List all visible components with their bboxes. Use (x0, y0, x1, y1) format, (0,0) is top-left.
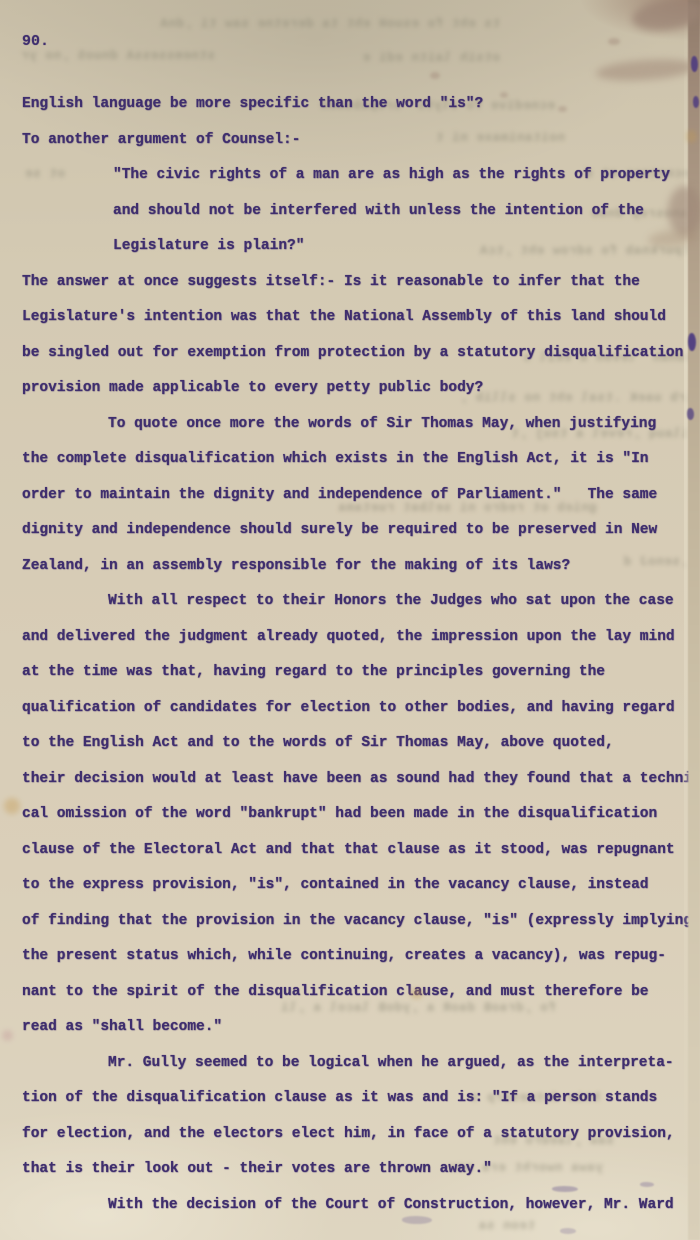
text-line: English language be more specific than t… (0, 87, 691, 123)
text-line: for election, and the electors elect him… (0, 1117, 691, 1153)
text-line: Legislature is plain?" (0, 229, 691, 265)
bleedthrough-smudge: ts eht fo esuoH eht ta deretne saw ti ,d… (160, 16, 500, 32)
text-line: tion of the disqualification clause as i… (0, 1081, 691, 1117)
text-line: of finding that the provision in the vac… (0, 904, 691, 940)
text-line: Mr. Gully seemed to be logical when he a… (0, 1046, 691, 1082)
text-line: To quote once more the words of Sir Thom… (0, 407, 691, 443)
text-line: nant to the spirit of the disqualificati… (0, 975, 691, 1011)
page-edge (688, 0, 700, 1240)
text-line: be singled out for exemption from protec… (0, 336, 691, 372)
text-line: the present status which, while continui… (0, 939, 691, 975)
text-line: to the express provision, "is", containe… (0, 868, 691, 904)
text-line: Legislature's intention was that the Nat… (0, 300, 691, 336)
text-line: their decision would at least have been … (0, 762, 691, 798)
text-body: English language be more specific than t… (0, 87, 691, 1223)
text-line: read as "shall become." (0, 1010, 691, 1046)
text-line: order to maintain the dignity and indepe… (0, 478, 691, 514)
text-line: qualification of candidates for election… (0, 691, 691, 727)
text-line: Zealand, in an assembly responsible for … (0, 549, 691, 585)
text-line: To another argument of Counsel:- (0, 123, 691, 159)
text-line: With all respect to their Honors the Jud… (0, 584, 691, 620)
text-line: clause of the Electoral Act and that tha… (0, 833, 691, 869)
bleedthrough-smudge: otsih laitn edi e (325, 50, 500, 66)
text-line: provision made applicable to every petty… (0, 371, 691, 407)
document-page: ts eht fo esuoH eht ta deretne saw ti ,d… (0, 0, 700, 1240)
text-line: cal omission of the word "bankrupt" had … (0, 797, 691, 833)
text-line: The answer at once suggests itself:- Is … (0, 265, 691, 301)
text-line: and should not be interfered with unless… (0, 194, 691, 230)
text-line: that is their look out - their votes are… (0, 1152, 691, 1188)
text-line: to the English Act and to the words of S… (0, 726, 691, 762)
text-line: "The civic rights of a man are as high a… (0, 158, 691, 194)
page-number: 90. (22, 33, 49, 50)
text-line: With the decision of the Court of Constr… (0, 1188, 691, 1224)
bleedthrough-smudge: stnemssessA dnuoS ,no yr (0, 48, 215, 64)
text-line: dignity and independence should surely b… (0, 513, 691, 549)
text-line: the complete disqualification which exis… (0, 442, 691, 478)
text-line: at the time was that, having regard to t… (0, 655, 691, 691)
text-line: and delivered the judgment already quote… (0, 620, 691, 656)
